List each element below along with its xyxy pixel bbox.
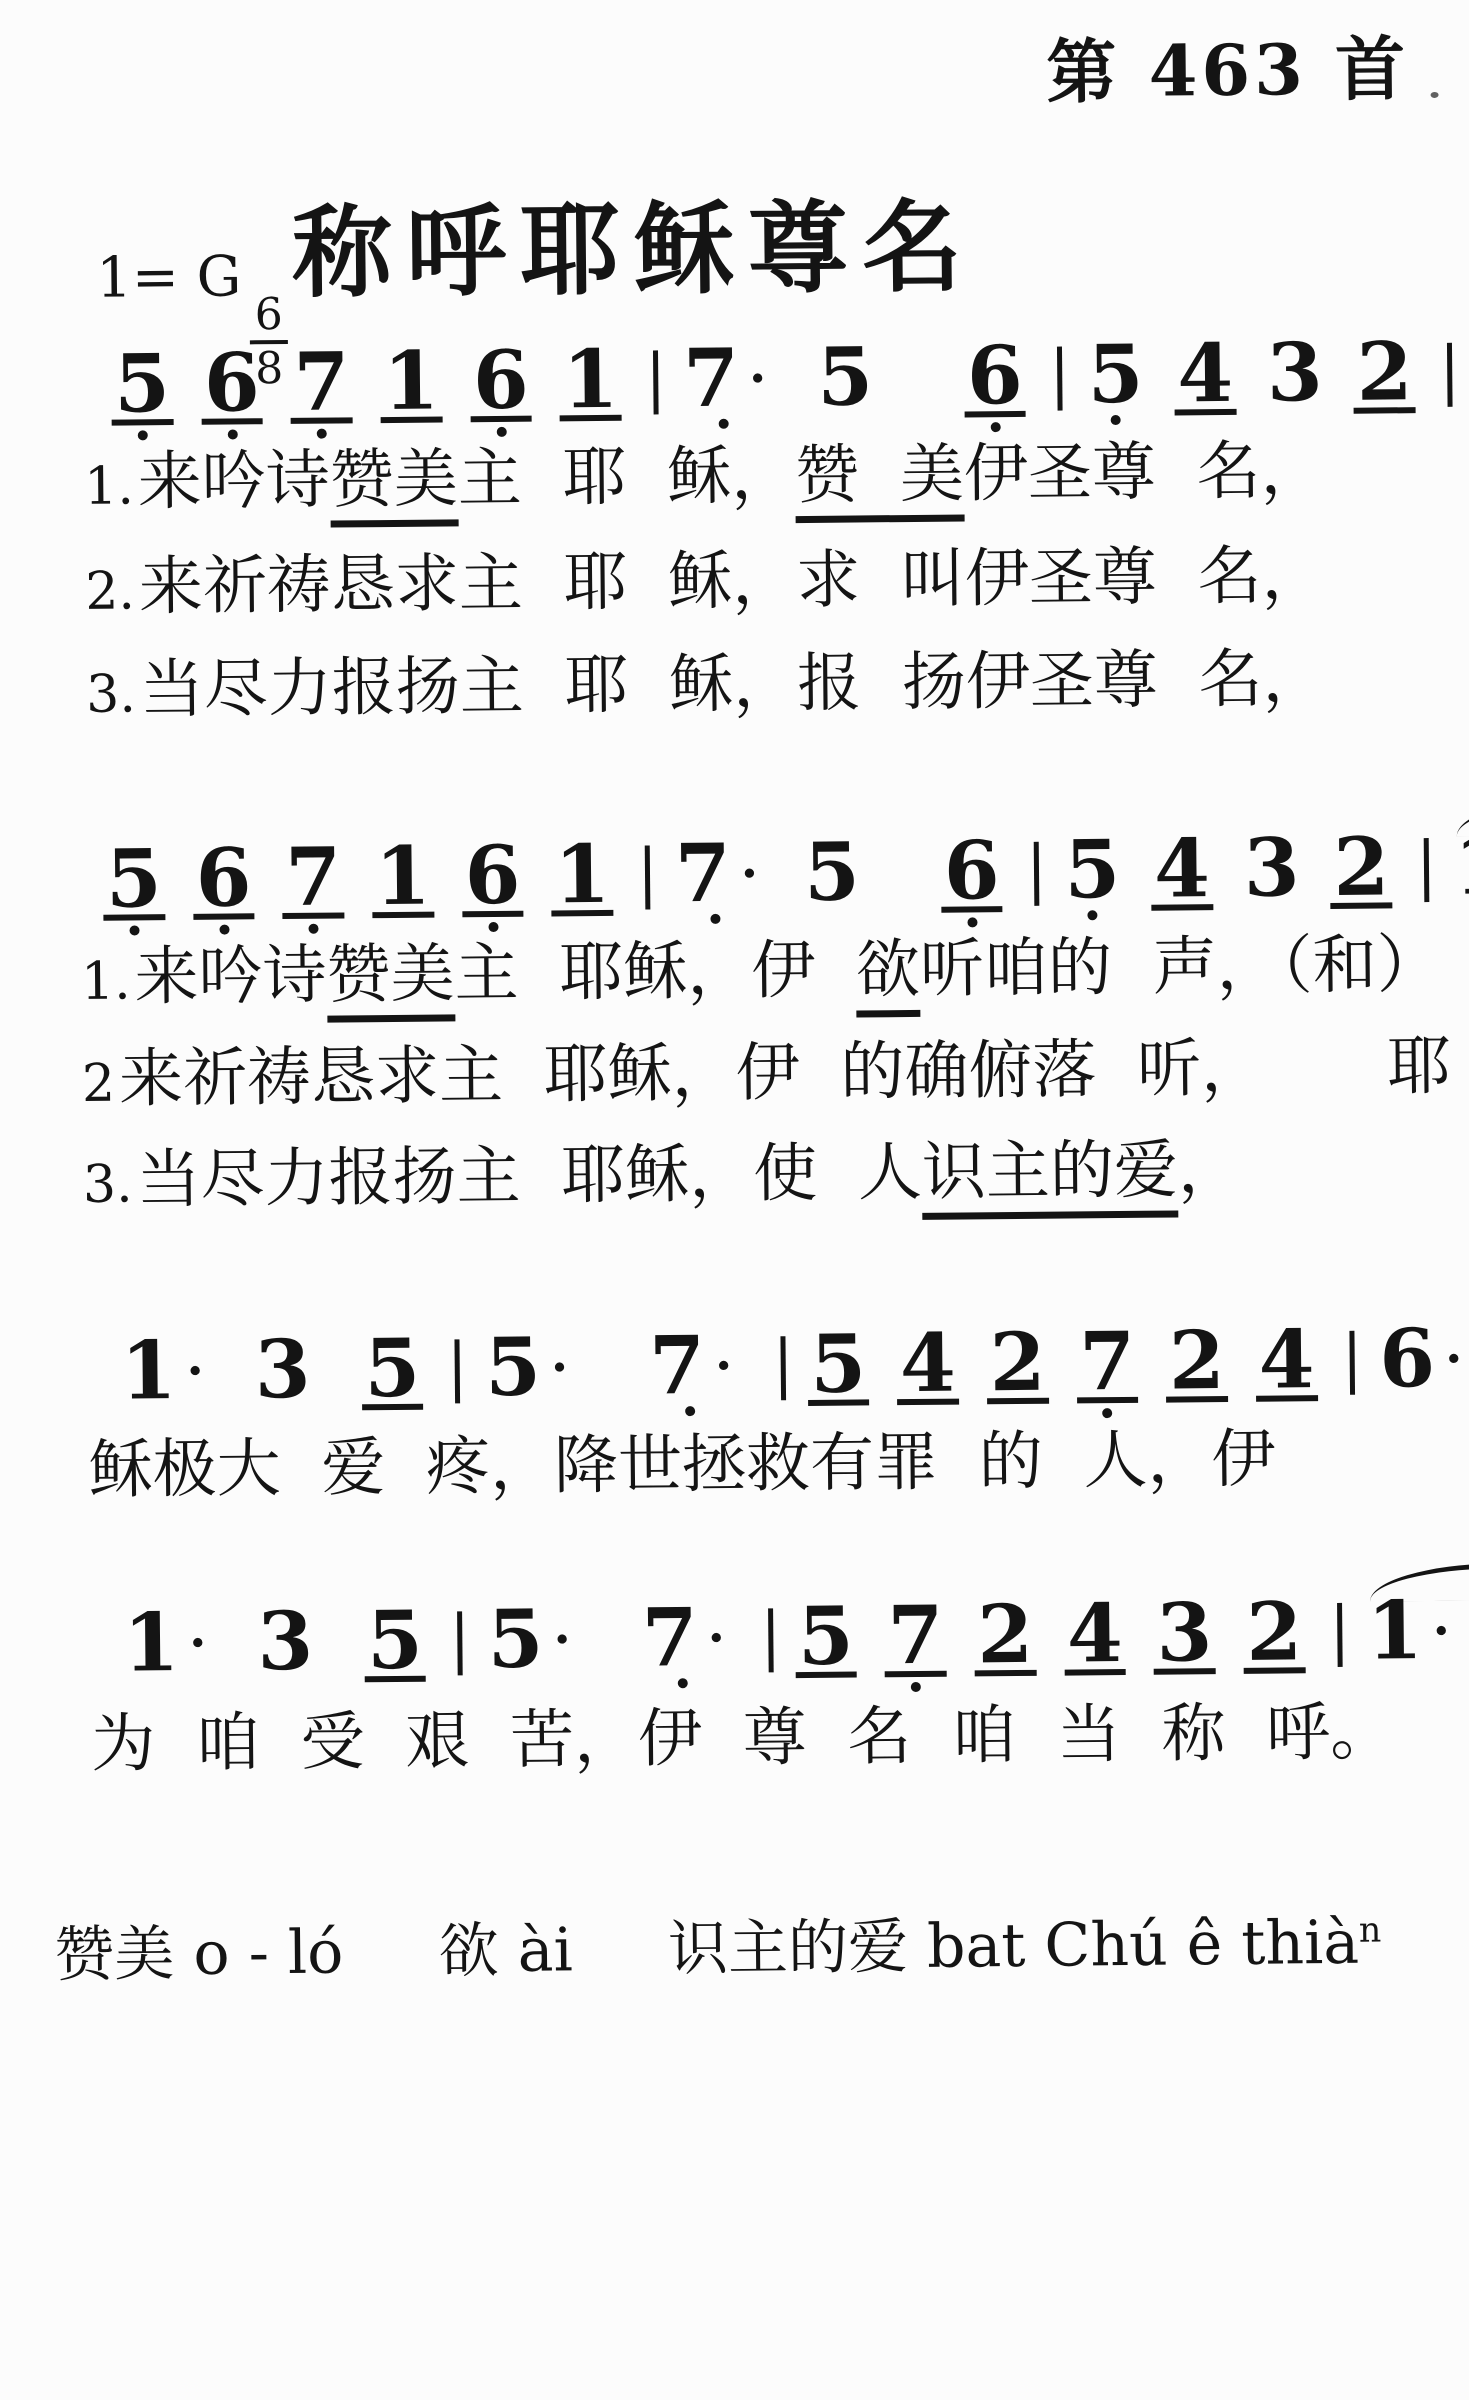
note-number: 5 [482,1333,544,1404]
augmentation-dot: · [1432,1606,1450,1656]
note-number: 3 [254,1607,316,1678]
lyric-segment: 赞 美 [795,437,964,523]
octave-dot [1111,415,1121,425]
octave-dot [990,422,1000,432]
note: 4 [1064,1599,1127,1701]
note-number: 6 [964,341,1026,418]
note: 1· [1451,831,1469,927]
lyrics-line-1-verse-2: 2.来祈祷恳求主 耶 稣，求 叫伊圣尊 名， [85,540,1326,625]
augmentation-dot: · [749,353,767,403]
note: 2 [1330,832,1393,934]
tie-arc: 1·1· [1364,1594,1469,1692]
note-number: 1 [372,842,434,919]
note: 5 [795,1602,858,1704]
note: 7· [646,1331,733,1427]
verse-number: 1. [81,951,131,1011]
scanned-content: 第 463 首 1= G68 称呼耶稣尊名 5671617·5654323·3·… [0,0,1469,2400]
note-number: 7 [639,1603,701,1674]
lyric-segment: 识主的爱 [922,1133,1179,1219]
notation-line-3: 1·355·7·5427246·55 [117,1283,1469,1438]
octave-dot [309,924,319,934]
lyric-segment: 欲 [856,933,921,1018]
note-number: 6 [461,841,523,918]
lyric-segment: 当尽力报扬主 耶稣，使 人 [136,1136,922,1218]
note-number: 3 [252,1335,314,1406]
note: 6 [201,348,264,450]
note-number: 2 [1353,337,1415,414]
note-number: 1 [1364,1596,1426,1667]
note-number: 1 [551,840,613,917]
octave-dot [967,917,977,927]
note: 3 [254,1607,317,1703]
note-number: 4 [897,1329,959,1406]
note: 7· [672,838,759,934]
barline [455,1339,461,1403]
octave-dot [677,1678,687,1688]
lyric-segment: 来吟诗 [134,939,327,1015]
note-number: 2 [1330,832,1392,909]
lyric-segment: 为 咱 受 艰 苦，伊 尊 名 咱 当 称 呼。 [91,1695,1395,1782]
lyric-segment: 来祈祷恳求主 耶稣，伊 的确俯落 听， 耶 [119,1030,1452,1117]
note: 7 [1076,1327,1139,1429]
augmentation-dot: · [553,1614,571,1664]
note-number: 7 [282,842,344,919]
note-number: 6 [940,836,1002,913]
verse-number: 2 [82,1054,116,1114]
note: 7 [282,842,345,944]
augmentation-dot: · [186,1346,204,1396]
lyric-segment: 赞美 [329,442,458,527]
octave-dot [488,922,498,932]
note: 6 [461,841,524,943]
note: 5 [111,349,174,451]
note-number: 5 [111,349,173,426]
lyric-segment: 来祈祷恳求主 耶 稣，求 叫伊圣尊 名， [139,539,1326,624]
augmentation-dot: · [707,1613,725,1663]
note-number: 4 [1064,1599,1126,1676]
note-number: 3 [1264,338,1326,409]
note: 7 [290,347,353,449]
augmentation-dot: · [715,1341,733,1391]
lyrics-line-2-verse-3: 3.当尽力报扬主 耶稣，使 人识主的爱， [83,1134,1243,1219]
note: 7· [680,343,767,439]
barline [1349,1331,1355,1395]
note: 5 [364,1606,427,1708]
lyrics-line-1-verse-1: 1.来吟诗赞美主 耶 稣，赞 美伊圣尊 名， [84,435,1325,520]
verse-number: 2. [85,561,135,621]
note: 5 [1061,835,1124,931]
note: 2 [1166,1326,1229,1428]
note-number: 6 [470,346,532,423]
octave-dot [317,429,327,439]
note: 1 [372,842,435,944]
notation-line-4: 1·355·7·5724321·1· [120,1556,1469,1710]
note: 5 [801,837,864,933]
note: 2 [986,1328,1049,1430]
note: 7 [884,1601,947,1703]
note-number: 5 [814,342,876,413]
octave-dot [710,914,720,924]
lyric-segment: 主 耶 稣， [457,439,795,516]
note: 2 [1353,337,1416,439]
note-number: 6 [192,843,254,920]
pronunciation-gloss-line: 赞美 o - ló 欲 ài 识主的爱 bat Chú ê thiàn [54,1909,1382,1991]
note-number: 1 [559,345,621,422]
octave-dot [227,429,237,439]
note-number: 5 [795,1602,857,1679]
note: 6 [470,346,533,448]
barline [645,846,651,910]
note-number: 6 [201,348,263,425]
note: 5 [814,342,877,438]
note: 1 [559,345,622,447]
note-number: 7 [884,1601,946,1678]
note: 7· [639,1603,726,1699]
lyric-segment: n [1359,1911,1382,1951]
note: 1 [380,346,443,448]
note-number: 5 [103,844,165,921]
note: 5 [103,844,166,946]
augmentation-dot: · [551,1342,569,1392]
note-number: 7 [672,839,734,910]
note: 4 [897,1329,960,1431]
lyric-segment: o - ló [174,1918,344,1990]
octave-dot [219,925,229,935]
note: 5 [807,1329,870,1431]
note-number: 7 [290,347,352,424]
octave-dot [496,427,506,437]
note-number: 4 [1255,1325,1317,1402]
lyric-segment: ， [1178,1133,1243,1208]
note-number: 1 [1451,831,1469,902]
note-number: 2 [974,1600,1036,1677]
note-number: 4 [1174,339,1236,416]
barline [768,1608,774,1672]
octave-dot [129,925,139,935]
note-number: 5 [1084,340,1146,411]
hymn-number: 第 463 首 [1046,34,1410,107]
lyric-segment: 当尽力报扬主 耶 稣，报 扬伊圣尊 名， [139,642,1326,727]
note: 5· [484,1604,571,1700]
lyric-segment: 赞美 [326,937,455,1022]
lyric-segment: 赞美 [54,1919,175,1990]
note: 4 [1255,1325,1318,1427]
lyric-segment: 来吟诗 [138,444,331,520]
note-number: 2 [1166,1326,1228,1403]
lyrics-line-2-verse-1: 1.来吟诗赞美主 耶稣，伊 欲听咱的 声，（和） [81,929,1441,1016]
note: 5· [482,1332,569,1428]
octave-dot [1103,1408,1113,1418]
note: 4 [1151,834,1214,936]
note-number: 3 [1240,833,1302,904]
barline [1337,1603,1343,1667]
note-number: 5 [807,1329,869,1406]
verse-number: 3. [86,664,136,724]
note-number: 5 [364,1606,426,1683]
lyric-segment: 稣极大 爱 疼，降世拯救有罪 的 人，伊 [88,1423,1275,1508]
note: 6 [964,341,1027,443]
note: 5 [1084,340,1147,436]
key-text: 1= G [96,244,242,310]
note: 6· [1376,1324,1463,1420]
note: 6 [192,843,255,945]
note-number: 5 [484,1605,546,1676]
lyrics-line-3: 稣极大 爱 疼，降世拯救有罪 的 人，伊 [88,1424,1275,1509]
tie-arc: 1·1 [1451,829,1469,926]
barline [458,1611,464,1675]
barline [1034,842,1040,906]
note-number: 7 [1076,1327,1138,1404]
note-number: 3 [1153,1598,1215,1675]
lyrics-line-4: 为 咱 受 艰 苦，伊 尊 名 咱 当 称 呼。 [91,1696,1395,1782]
note-number: 1 [117,1336,179,1407]
note-number: 7 [680,344,742,415]
lyric-segment: 欲 [343,1916,499,1987]
note: 6 [940,836,1003,938]
note-number: 6 [1376,1324,1438,1395]
note: 3 [252,1335,315,1431]
lyrics-line-2-verse-2: 2来祈祷恳求主 耶稣，伊 的确俯落 听， 耶 [82,1031,1452,1118]
note: 1 [551,840,614,942]
note-number: 2 [1243,1597,1305,1674]
barline [653,350,659,414]
octave-dot [685,1406,695,1416]
lyric-segment: 伊圣尊 名， [964,434,1325,511]
lyric-segment: 识主的爱 bat Chú ê thià [572,1908,1359,1986]
page-title: 称呼耶稣尊名 [292,196,977,303]
lyric-segment: 听咱的 声，（和） [920,928,1441,1007]
lyric-segment: 主 耶稣，伊 [454,934,856,1012]
octave-dot [1088,910,1098,920]
lyric-segment: ài [498,1915,573,1986]
note-number: 2 [986,1328,1048,1405]
note: 1· [1364,1596,1451,1692]
note: 3 [1240,833,1303,929]
note-number: 5 [1061,835,1123,906]
note: 2 [974,1600,1037,1702]
note-number: 5 [361,1334,423,1411]
verse-number: 1. [84,456,134,516]
barline [780,1336,786,1400]
note: 5 [361,1334,424,1436]
lyrics-line-1-verse-3: 3.当尽力报扬主 耶 稣，报 扬伊圣尊 名， [86,643,1327,728]
augmentation-dot: · [189,1618,207,1668]
note-number: 1 [380,346,442,423]
augmentation-dot: · [740,848,758,898]
augmentation-dot: · [1445,1334,1463,1384]
note: 2 [1243,1597,1306,1699]
scan-speck [1431,92,1439,98]
octave-dot [911,1682,921,1692]
octave-dot [719,419,729,429]
notation-line-2: 5671617·5654321·15 [102,790,1469,946]
verse-number: 3. [83,1154,133,1214]
notation-line-1: 5671617·5654323·3· [111,296,1469,451]
note-number: 1 [120,1608,182,1679]
note: 1· [120,1608,207,1704]
octave-dot [138,430,148,440]
note: 4 [1174,339,1237,441]
barline [1057,347,1063,411]
hymn-sheet-page: 第 463 首 1= G68 称呼耶稣尊名 5671617·5654323·3·… [0,0,1469,2400]
note: 3 [1264,338,1327,434]
barline [1447,343,1453,407]
note: 3 [1153,1598,1216,1700]
note-number: 7 [646,1331,708,1402]
note-number: 5 [801,837,863,908]
note-number: 4 [1151,834,1213,911]
note: 1· [117,1336,204,1432]
barline [1424,838,1430,902]
